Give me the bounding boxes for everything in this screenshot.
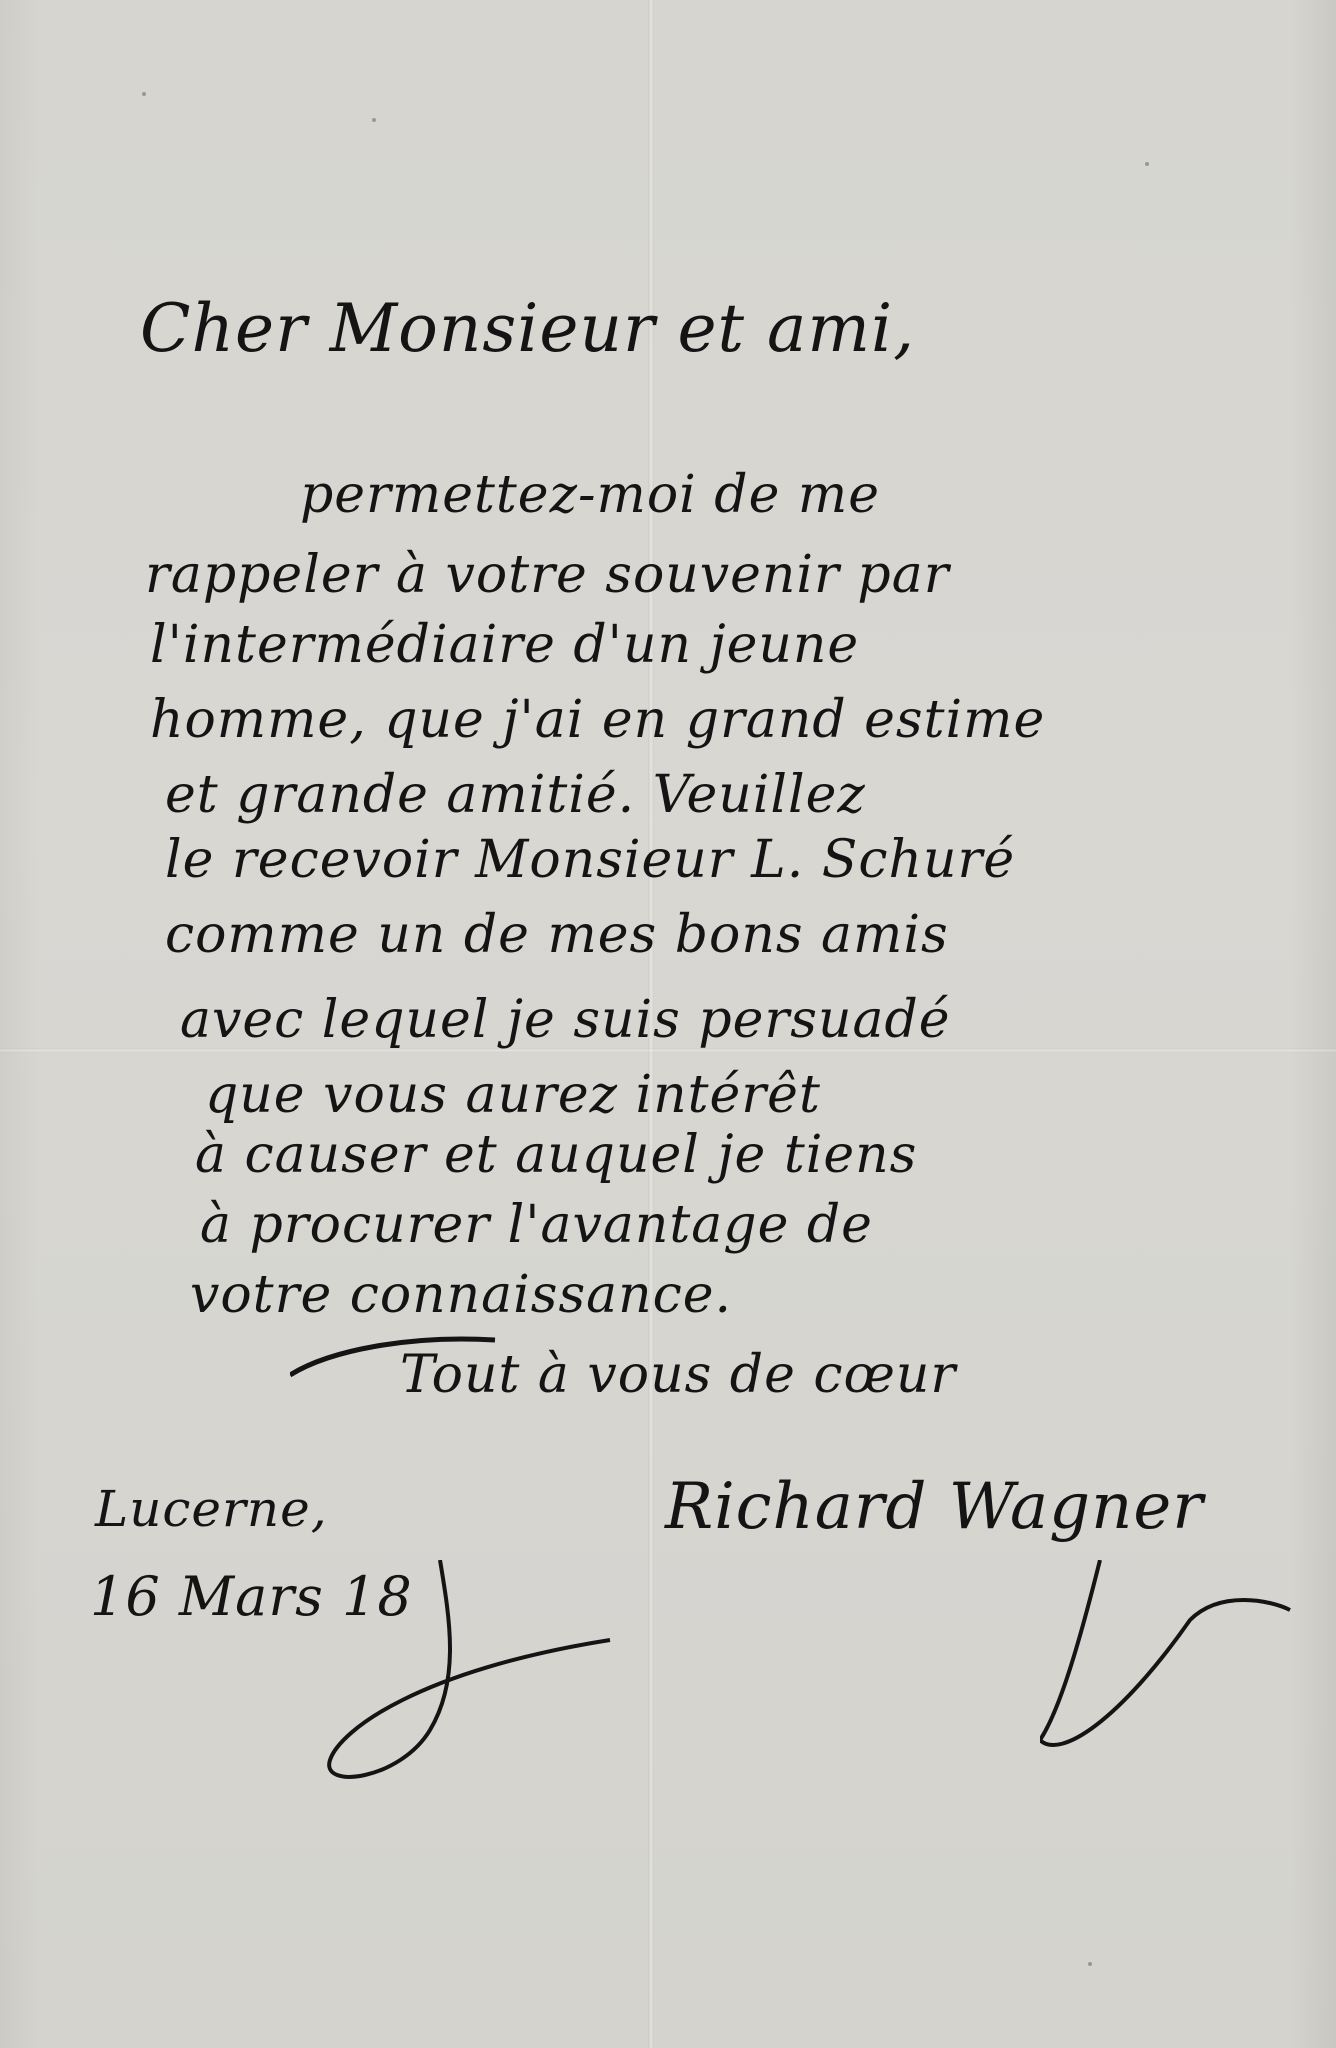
- body-line: l'intermédiaire d'un jeune: [150, 615, 859, 675]
- body-line: rappeler à votre souvenir par: [145, 545, 950, 605]
- signature-flourish: [1040, 1560, 1300, 1760]
- body-line: permettez-moi de me: [300, 465, 880, 525]
- place: Lucerne,: [95, 1480, 328, 1538]
- closing-underline-flourish: [290, 1330, 500, 1380]
- paper-speck: [142, 92, 146, 96]
- paper-speck: [1145, 162, 1149, 166]
- body-line: votre connaissance.: [190, 1265, 732, 1325]
- body-line: le recevoir Monsieur L. Schuré: [165, 830, 1015, 890]
- date-flourish: [320, 1560, 620, 1790]
- paper-speck: [372, 118, 376, 122]
- body-line: à procurer l'avantage de: [200, 1195, 873, 1255]
- body-line: comme un de mes bons amis: [165, 905, 949, 965]
- signature: Richard Wagner: [665, 1470, 1204, 1544]
- letter-paper: Cher Monsieur et ami, permettez-moi de m…: [0, 0, 1336, 2048]
- body-line: avec lequel je suis persuadé: [180, 990, 951, 1050]
- body-line: à causer et auquel je tiens: [195, 1125, 917, 1185]
- body-line: et grande amitié. Veuillez: [165, 765, 866, 825]
- body-line: que vous aurez intérêt: [205, 1065, 821, 1125]
- paper-speck: [1088, 1962, 1092, 1966]
- salutation: Cher Monsieur et ami,: [140, 290, 915, 367]
- body-line: homme, que j'ai en grand estime: [150, 690, 1045, 750]
